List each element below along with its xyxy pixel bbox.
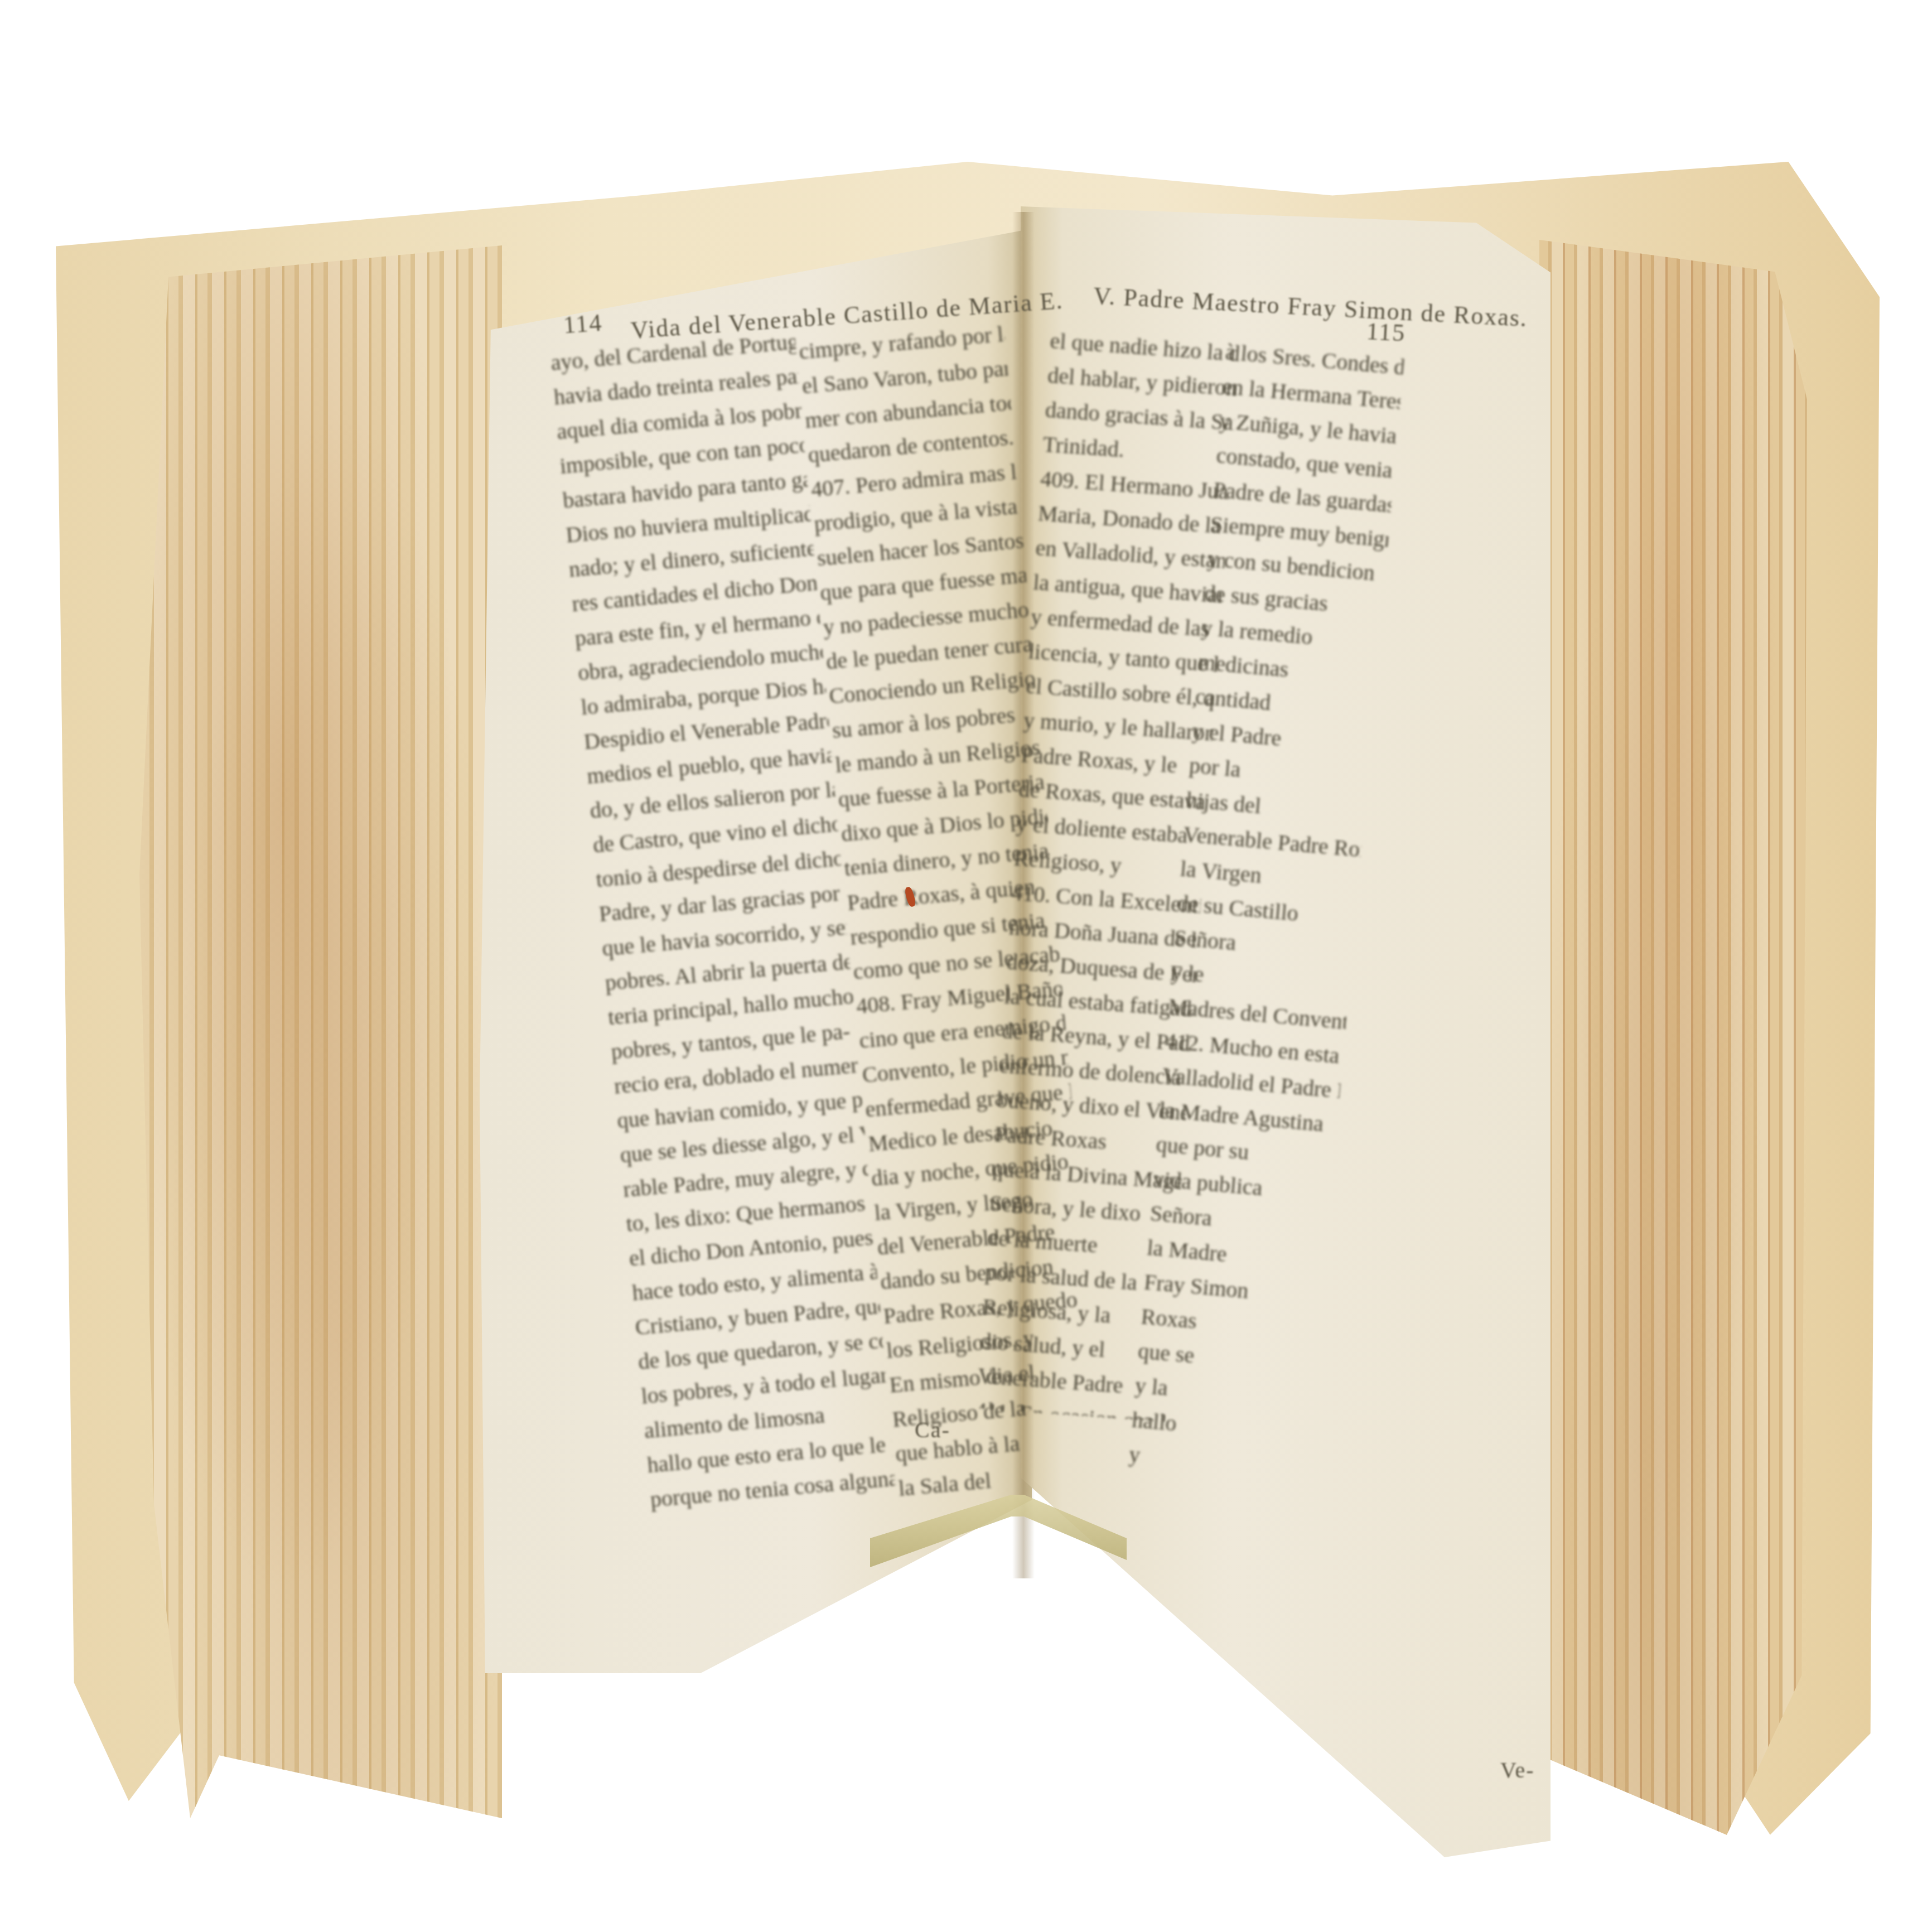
left-page-block-edges <box>139 245 502 1818</box>
left-page-number: 114 <box>562 308 603 340</box>
left-page-catchword: Ca- <box>915 1417 950 1443</box>
right-page-catchword: Ve- <box>1500 1757 1535 1783</box>
right-page-number: 115 <box>1366 317 1407 347</box>
right-page-block-edges <box>1539 240 1807 1835</box>
